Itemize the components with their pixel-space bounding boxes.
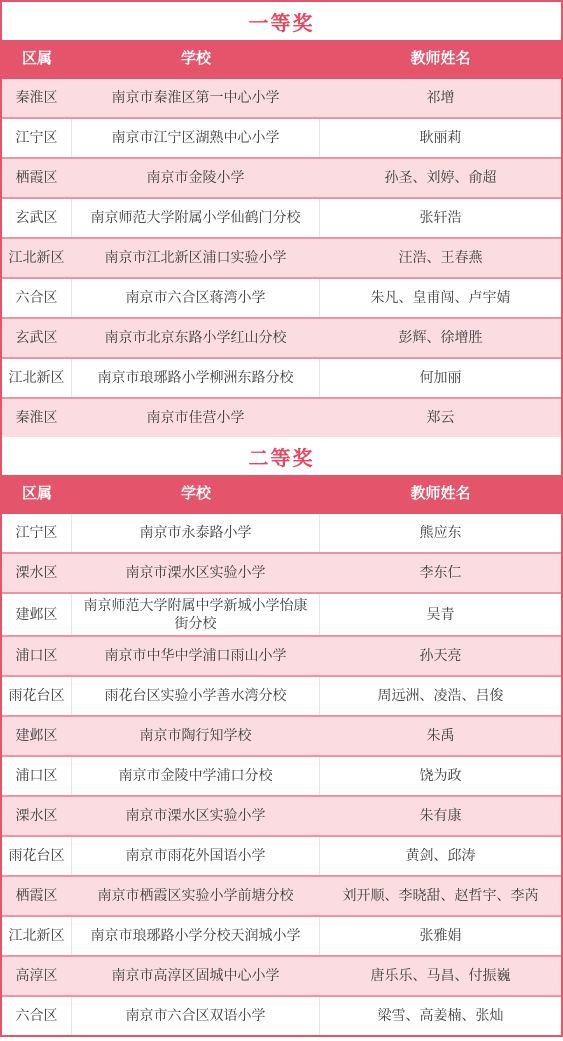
table-row: 建邺区南京师范大学附属中学新城小学怡康街分校吴青 (2, 594, 561, 637)
cell-district: 江北新区 (2, 239, 72, 277)
table-row: 江宁区南京市永泰路小学熊应东 (2, 514, 561, 554)
header-cell-district: 区属 (2, 40, 72, 79)
header-cell-school: 学校 (72, 475, 320, 514)
cell-teachers: 朱有康 (320, 797, 561, 835)
table-row: 江北新区南京市琅琊路小学柳洲东路分校何加丽 (2, 359, 561, 399)
cell-district: 浦口区 (2, 757, 72, 795)
cell-teachers: 唐乐乐、马昌、付振巍 (320, 957, 561, 995)
cell-teachers: 黄剑、邱涛 (320, 837, 561, 875)
table-row: 栖霞区南京市栖霞区实验小学前塘分校刘开顺、李晓甜、赵哲宇、李芮 (2, 877, 561, 917)
cell-district: 建邺区 (2, 594, 72, 635)
prize-table-page: 一等奖区属学校教师姓名秦淮区南京市秦淮区第一中心小学祁增江宁区南京市江宁区湖熟中… (0, 0, 563, 1037)
cell-teachers: 吴青 (320, 594, 561, 635)
cell-school: 南京市琅琊路小学柳洲东路分校 (72, 359, 320, 397)
cell-teachers: 李东仁 (320, 554, 561, 592)
cell-school: 南京市高淳区固城中心小学 (72, 957, 320, 995)
cell-teachers: 周远洲、凌浩、吕俊 (320, 677, 561, 715)
cell-teachers: 朱禹 (320, 717, 561, 755)
cell-district: 江北新区 (2, 917, 72, 955)
cell-teachers: 孙圣、刘婷、俞超 (320, 159, 561, 197)
table-row: 雨花台区雨花台区实验小学善水湾分校周远洲、凌浩、吕俊 (2, 677, 561, 717)
cell-teachers: 郑云 (320, 399, 561, 437)
cell-school: 南京市溧水区实验小学 (72, 797, 320, 835)
cell-teachers: 孙天亮 (320, 637, 561, 675)
table-row: 浦口区南京市中华中学浦口雨山小学孙天亮 (2, 637, 561, 677)
cell-teachers: 张雅娟 (320, 917, 561, 955)
cell-school: 南京市北京东路小学红山分校 (72, 319, 320, 357)
cell-school: 雨花台区实验小学善水湾分校 (72, 677, 320, 715)
cell-school: 南京市永泰路小学 (72, 514, 320, 552)
header-cell-teachers: 教师姓名 (320, 475, 561, 514)
cell-teachers: 耿丽莉 (320, 119, 561, 157)
cell-district: 江宁区 (2, 514, 72, 552)
cell-teachers: 梁雪、高姜楠、张灿 (320, 997, 561, 1035)
table-row: 江宁区南京市江宁区湖熟中心小学耿丽莉 (2, 119, 561, 159)
table-row: 浦口区南京市金陵中学浦口分校饶为政 (2, 757, 561, 797)
cell-teachers: 朱凡、皇甫闯、卢宇婧 (320, 279, 561, 317)
cell-teachers: 刘开顺、李晓甜、赵哲宇、李芮 (320, 877, 561, 915)
cell-teachers: 熊应东 (320, 514, 561, 552)
table-row: 溧水区南京市溧水区实验小学李东仁 (2, 554, 561, 594)
cell-district: 高淳区 (2, 957, 72, 995)
cell-school: 南京市六合区双语小学 (72, 997, 320, 1035)
section-title: 一等奖 (249, 7, 315, 36)
cell-teachers: 张轩浩 (320, 199, 561, 237)
cell-teachers: 何加丽 (320, 359, 561, 397)
cell-district: 玄武区 (2, 319, 72, 357)
cell-district: 溧水区 (2, 554, 72, 592)
table-row: 六合区南京市六合区双语小学梁雪、高姜楠、张灿 (2, 997, 561, 1035)
cell-school: 南京市中华中学浦口雨山小学 (72, 637, 320, 675)
cell-school: 南京市佳营小学 (72, 399, 320, 437)
table-row: 江北新区南京市江北新区浦口实验小学汪浩、王春燕 (2, 239, 561, 279)
cell-district: 雨花台区 (2, 677, 72, 715)
table-header-row: 区属学校教师姓名 (2, 40, 561, 79)
prize-section-2: 二等奖区属学校教师姓名江宁区南京市永泰路小学熊应东溧水区南京市溧水区实验小学李东… (2, 437, 561, 1035)
cell-school: 南京市六合区蒋湾小学 (72, 279, 320, 317)
cell-district: 溧水区 (2, 797, 72, 835)
table-header-row: 区属学校教师姓名 (2, 475, 561, 514)
cell-district: 六合区 (2, 997, 72, 1035)
cell-district: 栖霞区 (2, 159, 72, 197)
table-row: 秦淮区南京市秦淮区第一中心小学祁增 (2, 79, 561, 119)
cell-school: 南京市陶行知学校 (72, 717, 320, 755)
table-row: 雨花台区南京市雨花外国语小学黄剑、邱涛 (2, 837, 561, 877)
cell-teachers: 汪浩、王春燕 (320, 239, 561, 277)
cell-school: 南京市栖霞区实验小学前塘分校 (72, 877, 320, 915)
cell-teachers: 彭辉、徐增胜 (320, 319, 561, 357)
table-row: 溧水区南京市溧水区实验小学朱有康 (2, 797, 561, 837)
table-row: 建邺区南京市陶行知学校朱禹 (2, 717, 561, 757)
cell-district: 建邺区 (2, 717, 72, 755)
table-row: 玄武区南京市北京东路小学红山分校彭辉、徐增胜 (2, 319, 561, 359)
cell-school: 南京市秦淮区第一中心小学 (72, 79, 320, 117)
header-cell-district: 区属 (2, 475, 72, 514)
table-row: 高淳区南京市高淳区固城中心小学唐乐乐、马昌、付振巍 (2, 957, 561, 997)
table-row: 玄武区南京师范大学附属小学仙鹤门分校张轩浩 (2, 199, 561, 239)
cell-district: 玄武区 (2, 199, 72, 237)
cell-district: 江宁区 (2, 119, 72, 157)
cell-school: 南京市江宁区湖熟中心小学 (72, 119, 320, 157)
header-cell-teachers: 教师姓名 (320, 40, 561, 79)
table-row: 六合区南京市六合区蒋湾小学朱凡、皇甫闯、卢宇婧 (2, 279, 561, 319)
cell-school: 南京师范大学附属小学仙鹤门分校 (72, 199, 320, 237)
cell-district: 浦口区 (2, 637, 72, 675)
table-row: 栖霞区南京市金陵小学孙圣、刘婷、俞超 (2, 159, 561, 199)
table-row: 秦淮区南京市佳营小学郑云 (2, 399, 561, 437)
cell-district: 六合区 (2, 279, 72, 317)
table-row: 江北新区南京市琅琊路小学分校天润城小学张雅娟 (2, 917, 561, 957)
cell-school: 南京市江北新区浦口实验小学 (72, 239, 320, 277)
section-title: 二等奖 (249, 442, 315, 471)
prize-section-1: 一等奖区属学校教师姓名秦淮区南京市秦淮区第一中心小学祁增江宁区南京市江宁区湖熟中… (2, 2, 561, 437)
cell-school: 南京市金陵中学浦口分校 (72, 757, 320, 795)
cell-district: 江北新区 (2, 359, 72, 397)
section-title-row: 二等奖 (2, 437, 561, 475)
cell-teachers: 祁增 (320, 79, 561, 117)
cell-district: 雨花台区 (2, 837, 72, 875)
cell-teachers: 饶为政 (320, 757, 561, 795)
cell-school: 南京市雨花外国语小学 (72, 837, 320, 875)
cell-district: 秦淮区 (2, 79, 72, 117)
cell-school: 南京市溧水区实验小学 (72, 554, 320, 592)
header-cell-school: 学校 (72, 40, 320, 79)
cell-school: 南京师范大学附属中学新城小学怡康街分校 (72, 594, 320, 635)
cell-school: 南京市琅琊路小学分校天润城小学 (72, 917, 320, 955)
cell-district: 栖霞区 (2, 877, 72, 915)
section-title-row: 一等奖 (2, 2, 561, 40)
cell-district: 秦淮区 (2, 399, 72, 437)
cell-school: 南京市金陵小学 (72, 159, 320, 197)
